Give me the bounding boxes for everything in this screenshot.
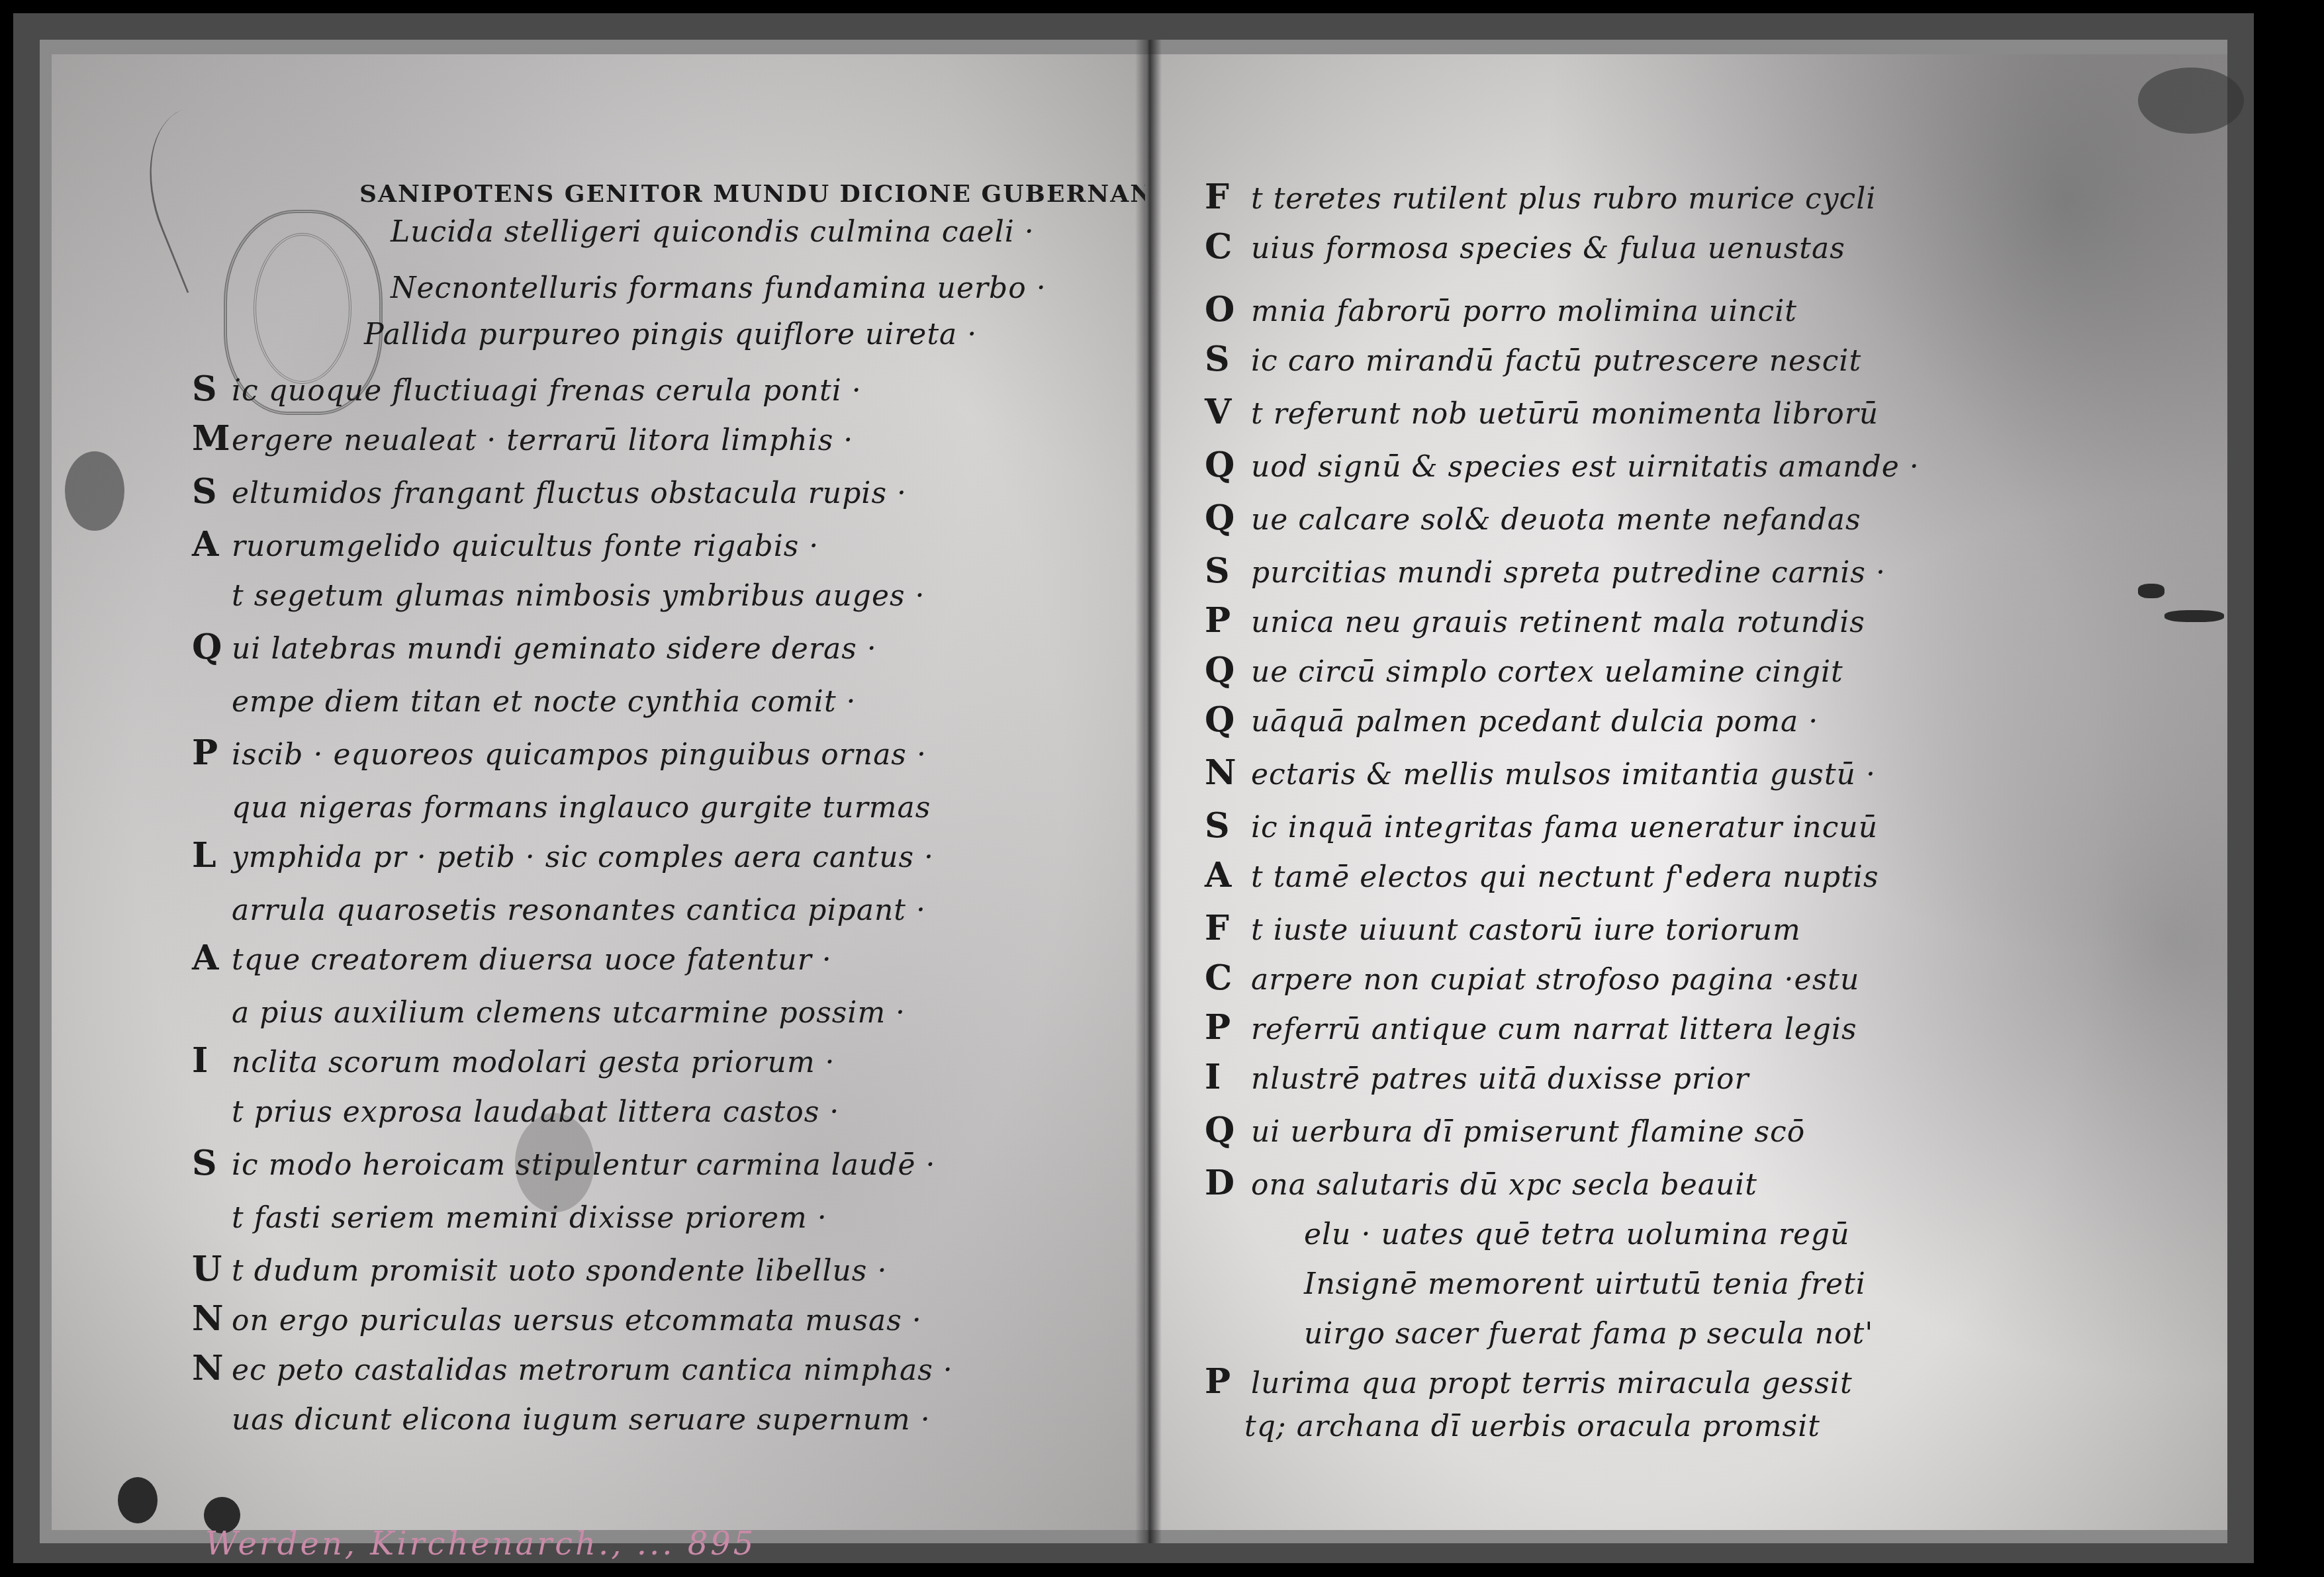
initial-letter: S	[192, 471, 217, 512]
verse-line: ui latebras mundi geminato sidere deras …	[232, 632, 877, 666]
verse-line: nclita scorum modolari gesta priorum ·	[232, 1046, 835, 1079]
verse-line: uod signū & species est uirnitatis amand…	[1251, 450, 1920, 484]
manuscript-photograph: SANIPOTENS GENITOR MUNDU DICIONE GUBERNA…	[13, 13, 2254, 1563]
verse-line: ic quoque fluctiuagi frenas cerula ponti…	[232, 374, 862, 408]
initial-letter: I	[1205, 1057, 1221, 1097]
initial-letter: D	[1205, 1163, 1234, 1203]
verse-line: eltumidos frangant fluctus obstacula rup…	[232, 476, 907, 510]
verse-line: ruorumgelido quicultus fonte rigabis ·	[232, 529, 819, 563]
initial-letter: N	[1205, 752, 1236, 793]
verse-line: ic inquā integritas fama ueneratur incuū	[1251, 811, 1878, 844]
verse-line: elu · uates quē tetra uolumina regū	[1304, 1218, 1850, 1251]
ink-blot	[2164, 610, 2224, 622]
initial-letter: S	[1205, 805, 1230, 846]
verse-line: t dudum promisit uoto spondente libellus…	[232, 1254, 887, 1288]
verse-line: t iuste uiuunt castorū iure toriorum	[1251, 913, 1801, 947]
initial-letter: F	[1205, 177, 1229, 217]
verse-line: qua nigeras formans inglauco gurgite tur…	[232, 791, 931, 825]
initial-letter: L	[192, 835, 216, 876]
initial-letter: A	[192, 524, 218, 564]
verse-line: ec peto castalidas metrorum cantica nimp…	[232, 1353, 953, 1387]
verse-line: purcitias mundi spreta putredine carnis …	[1251, 556, 1886, 590]
initial-letter: P	[192, 733, 218, 773]
initial-letter: P	[1205, 600, 1231, 641]
verse-line: lurima qua propt terris miracula gessit	[1251, 1367, 1853, 1400]
initial-letter: Q	[1205, 650, 1234, 690]
verse-line: empe diem titan et nocte cynthia comit ·	[232, 685, 857, 719]
initial-letter: S	[192, 1143, 217, 1183]
initial-letter: U	[192, 1249, 222, 1289]
verse-line: arpere non cupiat strofoso pagina ·estu	[1251, 963, 1859, 997]
verse-line: tque creatorem diuersa uoce fatentur ·	[232, 943, 832, 977]
verse-line: mnia fabrorū porro molimina uincit	[1251, 294, 1797, 328]
initial-letter: O	[1205, 289, 1234, 330]
verse-line: t tamē electos qui nectunt f'edera nupti…	[1251, 860, 1879, 894]
initial-letter: I	[192, 1040, 208, 1081]
initial-letter: A	[1205, 855, 1231, 895]
verse-line: Pallida purpureo pingis quiflore uireta …	[364, 318, 977, 351]
verse-line: ic caro mirandū factū putrescere nescit	[1251, 344, 1861, 378]
initial-letter: F	[1205, 908, 1229, 948]
initial-letter: M	[192, 418, 230, 459]
initial-letter: S	[1205, 339, 1230, 379]
verse-line: uāquā palmen pcedant dulcia poma ·	[1251, 705, 1818, 739]
verse-line: Lucida stelligeri quicondis culmina cael…	[391, 215, 1035, 249]
initial-letter: S	[1205, 551, 1230, 591]
verse-line: ergere neualeat · terrarū litora limphis…	[232, 424, 853, 457]
initial-letter: Q	[1205, 498, 1234, 538]
verse-line: referrū antique cum narrat littera legis	[1251, 1013, 1857, 1046]
stain	[2138, 68, 2244, 134]
archive-annotation: Werden, Kirchenarch., ... 895	[205, 1525, 756, 1562]
spine-gutter	[1135, 40, 1162, 1543]
verse-line: ic modo heroicam stipulentur carmina lau…	[232, 1148, 936, 1182]
verse-line: uirgo sacer fuerat fama p secula not'	[1304, 1317, 1873, 1351]
initial-letter: A	[192, 938, 218, 978]
verse-line: t fasti seriem memini dixisse priorem ·	[232, 1201, 827, 1235]
stain	[65, 451, 124, 531]
initial-letter: C	[1205, 226, 1232, 267]
verse-line: Insignē memorent uirtutū tenia freti	[1304, 1267, 1866, 1301]
verse-line: t teretes rutilent plus rubro murice cyc…	[1251, 182, 1876, 216]
initial-letter: Q	[192, 627, 222, 667]
initial-letter: Q	[1205, 699, 1234, 740]
initial-letter: V	[1205, 392, 1231, 432]
verse-line: a pius auxilium clemens utcarmine possim…	[232, 996, 906, 1030]
initial-letter: N	[192, 1298, 224, 1339]
verse-line: ue calcare sol& deuota mente nefandas	[1251, 503, 1861, 537]
verse-line: uius formosa species & fulua uenustas	[1251, 232, 1845, 265]
verse-line: arrula quarosetis resonantes cantica pip…	[232, 893, 926, 927]
verse-line: tq; archana dī uerbis oracula promsit	[1244, 1410, 1820, 1443]
verse-line: unica neu grauis retinent mala rotundis	[1251, 606, 1865, 639]
heading-line: SANIPOTENS GENITOR MUNDU DICIONE GUBERNA…	[359, 180, 1172, 208]
initial-letter: S	[192, 369, 217, 409]
verse-line: ui uerbura dī pmiserunt flamine scō	[1251, 1115, 1805, 1149]
verse-line: t referunt nob uetūrū monimenta librorū	[1251, 397, 1879, 431]
right-page	[1145, 54, 2227, 1530]
verse-line: ona salutaris dū xpc secla beauit	[1251, 1168, 1757, 1202]
verse-line: ectaris & mellis mulsos imitantia gustū …	[1251, 758, 1876, 791]
verse-line: t segetum glumas nimbosis ymbribus auges…	[232, 579, 925, 613]
initial-letter: N	[192, 1348, 224, 1388]
initial-letter: C	[1205, 958, 1232, 998]
initial-letter: P	[1205, 1007, 1231, 1048]
initial-letter: Q	[1205, 445, 1234, 485]
verse-line: uas dicunt elicona iugum seruare supernu…	[232, 1403, 931, 1437]
initial-letter: P	[1205, 1361, 1231, 1402]
initial-letter: Q	[1205, 1110, 1234, 1150]
verse-line: ue circū simplo cortex uelamine cingit	[1251, 655, 1843, 689]
verse-line: nlustrē patres uitā duxisse prior	[1251, 1062, 1749, 1096]
verse-line: ymphida pr · petib · sic comples aera ca…	[232, 840, 934, 874]
verse-line: Necnontelluris formans fundamina uerbo ·	[391, 271, 1046, 305]
verse-line: on ergo puriculas uersus etcommata musas…	[232, 1304, 922, 1337]
ink-blot	[118, 1477, 158, 1523]
verse-line: iscib · equoreos quicampos pinguibus orn…	[232, 738, 927, 772]
verse-line: t prius exprosa laudabat littera castos …	[232, 1095, 839, 1129]
ink-blot	[2138, 584, 2164, 598]
